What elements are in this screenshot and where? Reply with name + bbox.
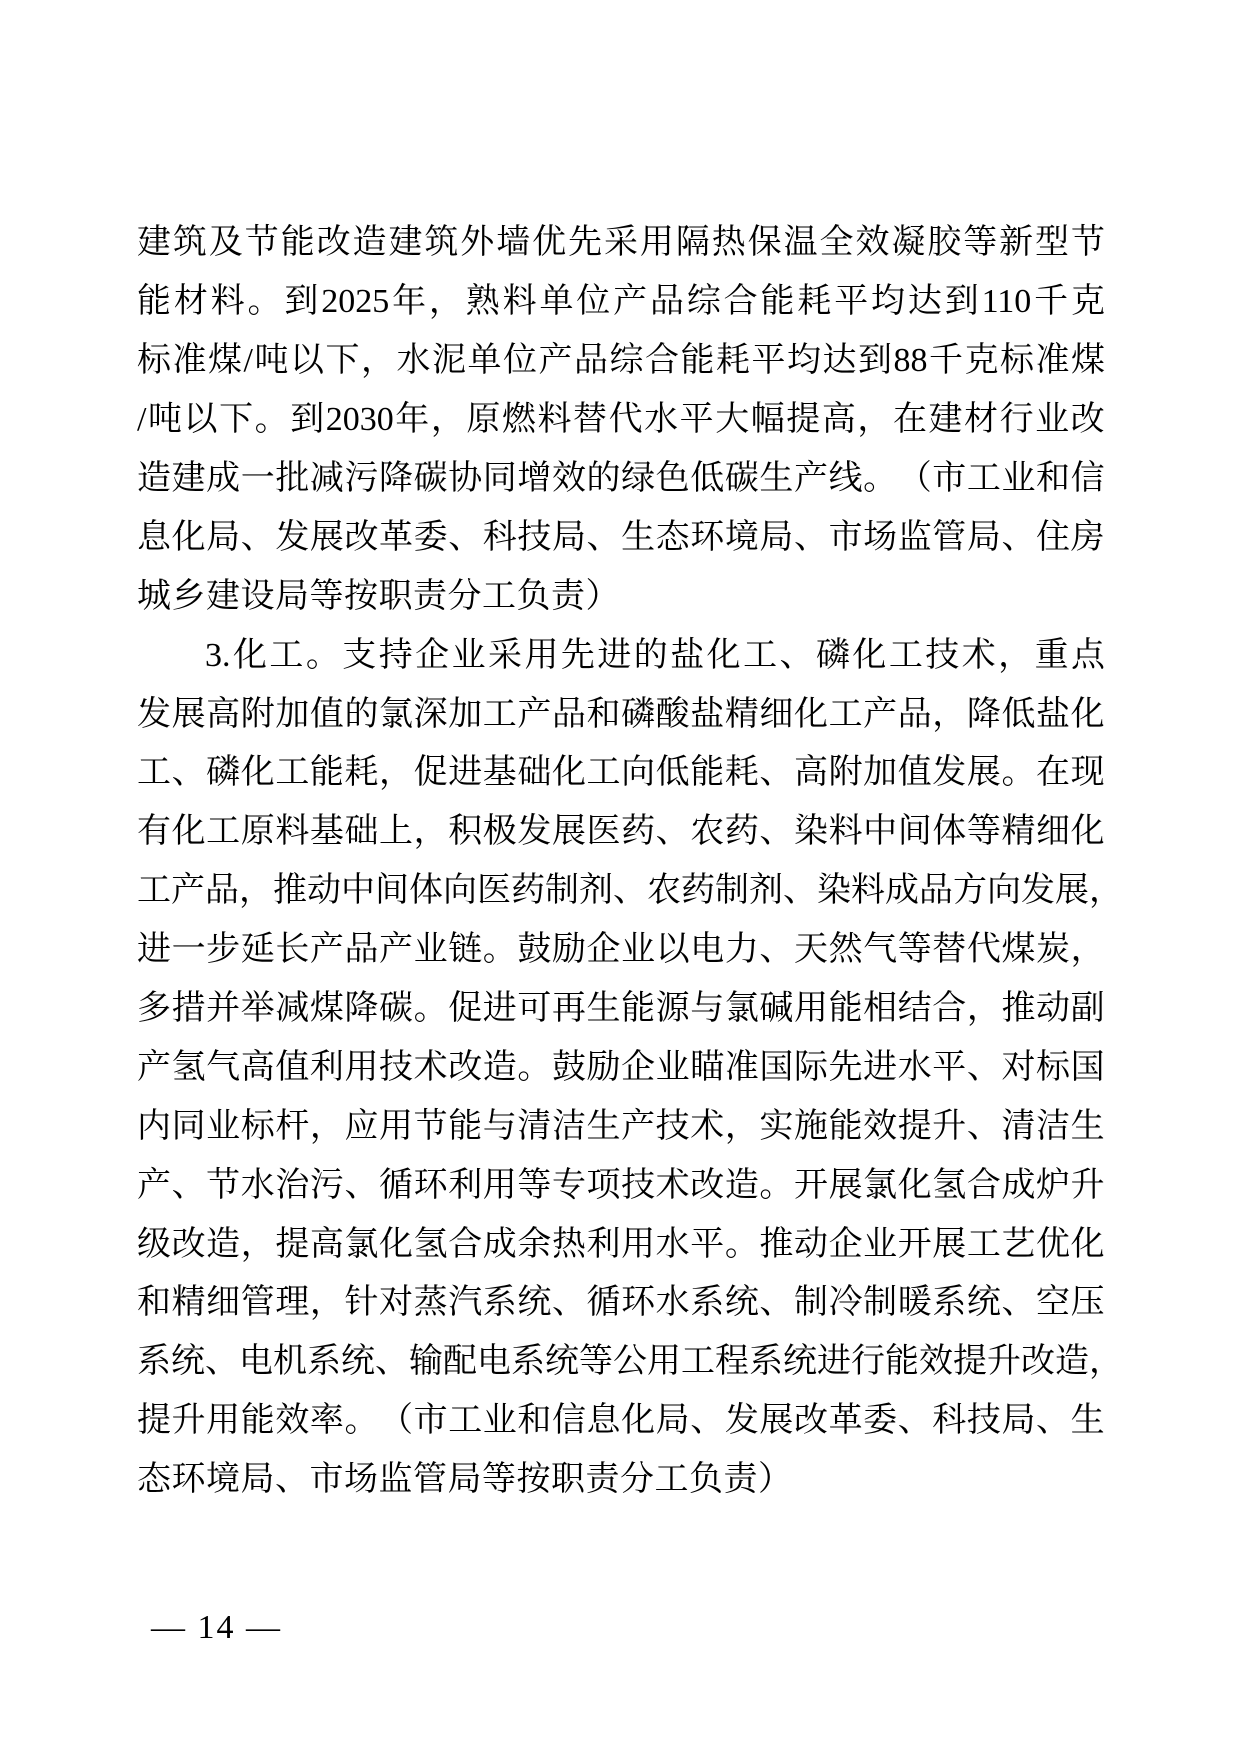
text-line: 产、节水治污、循环利用等专项技术改造。开展氯化氢合成炉升 xyxy=(137,1156,1105,1215)
text-token: 升 xyxy=(1071,1169,1105,1203)
text-token: 造 xyxy=(353,226,387,260)
text-token: 的 xyxy=(344,698,378,732)
text-token: 墙 xyxy=(496,226,530,260)
text-token: 深 xyxy=(414,698,448,732)
text-token: 步 xyxy=(206,933,240,967)
text-token: 进 xyxy=(483,992,517,1026)
text-token: 杆 xyxy=(275,1110,309,1144)
text-token: 值 xyxy=(310,698,344,732)
text-token: 药 xyxy=(511,874,545,908)
text-token: 鼓 xyxy=(517,933,551,967)
text-token: 工 xyxy=(482,580,516,614)
text-token: 按 xyxy=(517,1463,551,1497)
text-token: ， xyxy=(239,874,273,908)
text-token: 技 xyxy=(967,1404,1001,1438)
text-token: 农 xyxy=(647,874,681,908)
text-token: 染 xyxy=(817,874,851,908)
text-token: 电 xyxy=(239,1345,273,1379)
text-token: 煤 xyxy=(310,992,344,1026)
text-token: 药 xyxy=(725,815,759,849)
text-token: 氢 xyxy=(932,1169,966,1203)
text-token: 局 xyxy=(275,580,309,614)
text-token: 产 xyxy=(794,462,828,496)
text-token: 一 xyxy=(172,933,206,967)
text-token: 制 xyxy=(715,874,749,908)
text-token: 料 xyxy=(503,285,537,319)
text-token: 局 xyxy=(759,521,793,555)
text-token: 长 xyxy=(275,933,309,967)
text-token: 盐 xyxy=(690,698,724,732)
text-token: 市 xyxy=(829,521,863,555)
text-token: 监 xyxy=(379,1463,413,1497)
text-token: 础 xyxy=(344,815,378,849)
text-token: 化 xyxy=(379,1228,413,1262)
text-token: / xyxy=(244,344,253,378)
text-token: 节 xyxy=(414,1110,448,1144)
text-token: 配 xyxy=(443,1345,477,1379)
text-token: 、 xyxy=(794,521,828,555)
text-token: ， xyxy=(361,344,395,378)
text-token: 提 xyxy=(786,403,820,437)
text-token: 精 xyxy=(725,698,759,732)
text-token: 降 xyxy=(379,462,413,496)
text-token: 药 xyxy=(621,815,655,849)
text-token: 冷 xyxy=(829,1286,863,1320)
text-line: 息化局、发展改革委、科技局、生态环境局、市场监管局、住房 xyxy=(137,508,1105,567)
text-token: 系 xyxy=(137,1345,171,1379)
text-token: 一 xyxy=(241,462,275,496)
text-token: ， xyxy=(932,698,966,732)
text-token: 发 xyxy=(137,698,171,732)
text-token: 先 xyxy=(561,639,595,673)
text-token: ， xyxy=(725,1110,759,1144)
text-token: 、 xyxy=(656,815,690,849)
text-token: / xyxy=(137,403,146,437)
text-token: 工 xyxy=(206,815,240,849)
text-token: 材 xyxy=(964,403,998,437)
text-token: 等 xyxy=(310,580,344,614)
text-token: 降 xyxy=(967,698,1001,732)
text-token: 凝 xyxy=(891,226,925,260)
text-token: 到 xyxy=(945,285,979,319)
text-token: 。 xyxy=(1001,756,1035,790)
text-token: 开 xyxy=(898,1228,932,1262)
text-token: 化 xyxy=(898,1169,932,1203)
text-token: ， xyxy=(310,1110,344,1144)
document-page: 建筑及节能改造建筑外墙优先采用隔热保温全效凝胶等新型节能材料。到2025年，熟料… xyxy=(0,0,1241,1755)
text-token: 改 xyxy=(1021,1345,1055,1379)
text-token: 责 xyxy=(724,1463,758,1497)
text-token: 氢 xyxy=(172,1051,206,1085)
text-token: 能 xyxy=(761,285,795,319)
text-token: （ xyxy=(898,462,932,496)
text-token: 统 xyxy=(517,1286,551,1320)
text-token: 洁 xyxy=(552,1110,586,1144)
text-token: 料 xyxy=(275,815,309,849)
text-token: 生 xyxy=(759,462,793,496)
text-line: 造建成一批减污降碳协同增效的绿色低碳生产线。（市工业和信 xyxy=(137,450,1105,509)
text-token: 工 xyxy=(275,756,309,790)
text-token: 息 xyxy=(587,1404,621,1438)
text-token: 氯 xyxy=(379,698,413,732)
text-token: 。 xyxy=(483,933,517,967)
text-token: 均 xyxy=(787,344,821,378)
text-token: 成 xyxy=(1001,1169,1035,1203)
text-token: 千 xyxy=(1034,285,1068,319)
text-token: 管 xyxy=(932,521,966,555)
text-token: 能 xyxy=(680,344,714,378)
text-token: 化 xyxy=(172,521,206,555)
text-token: 气 xyxy=(206,1051,240,1085)
text-token: 2030 xyxy=(326,403,394,437)
text-token: 染 xyxy=(794,815,828,849)
text-token: 筑 xyxy=(173,226,207,260)
text-token: 、 xyxy=(1001,1286,1035,1320)
text-token: 局 xyxy=(206,521,240,555)
text-token: 环 xyxy=(414,1169,448,1203)
text-token: 能 xyxy=(281,226,315,260)
text-token: 专 xyxy=(552,1169,586,1203)
text-token: 合 xyxy=(724,285,758,319)
text-token: 鼓 xyxy=(552,1051,586,1085)
text-token: 有 xyxy=(137,815,171,849)
text-token: 值 xyxy=(898,756,932,790)
text-token: 委 xyxy=(414,521,448,555)
text-token: 原 xyxy=(241,815,275,849)
text-token: 2025 xyxy=(321,285,389,319)
text-token: 企 xyxy=(587,933,621,967)
text-token: 。 xyxy=(725,1228,759,1262)
text-token: 磷 xyxy=(816,639,850,673)
text-token: 高 xyxy=(206,698,240,732)
paragraph: 3.化工。支持企业采用先进的盐化工、磷化工技术，重点发展高附加值的氯深加工产品和… xyxy=(137,626,1105,1509)
text-token: 励 xyxy=(587,1051,621,1085)
text-token: 的 xyxy=(587,462,621,496)
text-token: 化 xyxy=(794,698,828,732)
text-token: 温 xyxy=(784,226,818,260)
text-token: 进 xyxy=(597,639,631,673)
body-text: 建筑及节能改造建筑外墙优先采用隔热保温全效凝胶等新型节能材料。到2025年，熟料… xyxy=(137,214,1105,1510)
text-token: 农 xyxy=(690,815,724,849)
text-token: 值 xyxy=(275,1051,309,1085)
text-token: 行 xyxy=(1000,403,1034,437)
text-token: 综 xyxy=(609,344,643,378)
text-token: 责 xyxy=(413,580,447,614)
text-token: 在 xyxy=(1036,756,1070,790)
text-token: 推 xyxy=(759,1228,793,1262)
text-token: 工 xyxy=(967,1228,1001,1262)
text-token: 用 xyxy=(621,1228,655,1262)
text-token: 局 xyxy=(967,521,1001,555)
text-token: 加 xyxy=(275,698,309,732)
text-token: 能 xyxy=(829,1110,863,1144)
text-token: 市 xyxy=(414,1404,448,1438)
text-token: 采 xyxy=(604,226,638,260)
text-token: 行 xyxy=(851,1345,885,1379)
text-line: 态环境局、市场监管局等按职责分工负责） xyxy=(137,1451,1105,1510)
text-token: 外 xyxy=(460,226,494,260)
text-token: 境 xyxy=(725,521,759,555)
text-token: 建 xyxy=(137,226,171,260)
text-token: 暖 xyxy=(898,1286,932,1320)
text-token: 推 xyxy=(1001,992,1035,1026)
text-token: 国 xyxy=(759,1051,793,1085)
text-token: 、 xyxy=(759,1286,793,1320)
text-token: 平 xyxy=(932,1051,966,1085)
text-token: 提 xyxy=(137,1404,171,1438)
text-token: 负 xyxy=(517,580,551,614)
text-token: 针 xyxy=(344,1286,378,1320)
text-token: 提 xyxy=(898,1110,932,1144)
text-token: 以 xyxy=(184,403,218,437)
text-token: 源 xyxy=(656,992,690,1026)
text-token: 污 xyxy=(344,462,378,496)
text-token: 和 xyxy=(137,1286,171,1320)
text-token: 清 xyxy=(517,1110,551,1144)
text-token: 标 xyxy=(137,344,171,378)
text-token: 链 xyxy=(448,933,482,967)
text-token: 水 xyxy=(898,1051,932,1085)
text-token: 效 xyxy=(855,226,889,260)
text-token: 达 xyxy=(908,285,942,319)
text-line: 提升用能效率。（市工业和信息化局、发展改革委、科技局、生 xyxy=(137,1392,1105,1451)
text-token: 现 xyxy=(1071,756,1105,790)
text-token: 点 xyxy=(1071,639,1105,673)
text-token: 吨 xyxy=(254,344,288,378)
text-token: 位 xyxy=(576,285,610,319)
text-token: 胶 xyxy=(927,226,961,260)
text-token: 产 xyxy=(137,1051,171,1085)
text-token: 气 xyxy=(863,933,897,967)
text-token: 化 xyxy=(621,1404,655,1438)
text-token: 、 xyxy=(552,1286,586,1320)
text-token: 展 xyxy=(310,521,344,555)
text-token: 环 xyxy=(690,521,724,555)
text-token: 碱 xyxy=(759,992,793,1026)
text-token: 污 xyxy=(310,1169,344,1203)
text-token: 高 xyxy=(822,403,856,437)
text-token: 重 xyxy=(1035,639,1069,673)
text-token: 优 xyxy=(532,226,566,260)
text-token: 术 xyxy=(414,1051,448,1085)
text-token: 标 xyxy=(241,1110,275,1144)
text-token: 耗 xyxy=(797,285,831,319)
text-line: 城乡建设局等按职责分工负责） xyxy=(137,567,1105,626)
text-token: 制 xyxy=(545,874,579,908)
text-token: ， xyxy=(310,1286,344,1320)
text-token: 展 xyxy=(172,698,206,732)
text-token: 汽 xyxy=(448,1286,482,1320)
text-token: 与 xyxy=(483,1110,517,1144)
text-token: 生 xyxy=(1071,1404,1105,1438)
text-token: 耗 xyxy=(716,344,750,378)
text-token: 标 xyxy=(1000,344,1034,378)
text-token: 可 xyxy=(517,992,551,1026)
text-token: 技 xyxy=(517,521,551,555)
text-token: 生 xyxy=(587,1110,621,1144)
text-token: 工 xyxy=(448,1404,482,1438)
text-token: 标 xyxy=(1036,1051,1070,1085)
text-token: 高 xyxy=(310,1228,344,1262)
text-token: 化 xyxy=(552,756,586,790)
text-token: ） xyxy=(586,580,620,614)
text-token: 用 xyxy=(524,639,558,673)
text-token: 城 xyxy=(137,580,171,614)
text-token: 改 xyxy=(794,1404,828,1438)
text-token: ， xyxy=(1071,933,1105,967)
text-token: 际 xyxy=(794,1051,828,1085)
text-token: 以 xyxy=(290,344,324,378)
text-token: ， xyxy=(1089,1345,1123,1379)
text-token: 医 xyxy=(477,874,511,908)
text-token: 隔 xyxy=(676,226,710,260)
text-token: 、 xyxy=(375,1345,409,1379)
text-token: 节 xyxy=(245,226,279,260)
text-token: 水 xyxy=(656,1286,690,1320)
text-token: 体 xyxy=(409,874,443,908)
paragraph: 建筑及节能改造建筑外墙优先采用隔热保温全效凝胶等新型节能材料。到2025年，熟料… xyxy=(137,214,1105,626)
text-token: 提 xyxy=(953,1345,987,1379)
text-token: 细 xyxy=(206,1286,240,1320)
text-token: ， xyxy=(967,992,1001,1026)
text-token: 技 xyxy=(379,1051,413,1085)
text-token: 产 xyxy=(613,285,647,319)
text-token: 线 xyxy=(829,462,863,496)
text-token: 业 xyxy=(863,1228,897,1262)
text-token: 产 xyxy=(517,698,551,732)
text-token: 的 xyxy=(634,639,668,673)
text-token: 发 xyxy=(932,756,966,790)
text-token: 到 xyxy=(858,344,892,378)
text-line: 有化工原料基础上，积极发展医药、农药、染料中间体等精细化 xyxy=(137,803,1105,862)
text-token: 市 xyxy=(932,462,966,496)
text-token: 位 xyxy=(503,344,537,378)
text-token: 单 xyxy=(467,344,501,378)
text-token: 到 xyxy=(284,285,318,319)
text-token: 等 xyxy=(898,933,932,967)
text-token: 程 xyxy=(715,1345,749,1379)
text-token: 准 xyxy=(725,1051,759,1085)
text-token: 同 xyxy=(172,1110,206,1144)
text-token: 用 xyxy=(379,1110,413,1144)
text-token: 盐 xyxy=(670,639,704,673)
text-token: 工 xyxy=(743,639,777,673)
text-token: 产 xyxy=(310,933,344,967)
text-token: 碳 xyxy=(725,462,759,496)
text-token: 基 xyxy=(310,815,344,849)
text-token: 泥 xyxy=(432,344,466,378)
text-token: 化 xyxy=(707,639,741,673)
text-token: 按 xyxy=(344,580,378,614)
text-token: 准 xyxy=(173,344,207,378)
text-token: 统 xyxy=(783,1345,817,1379)
text-token: 环 xyxy=(172,1463,206,1497)
text-token: ） xyxy=(758,1463,792,1497)
text-token: 工 xyxy=(967,462,1001,496)
text-token: 煤 xyxy=(208,344,242,378)
text-token: 热 xyxy=(552,1228,586,1262)
text-token: 责 xyxy=(551,580,585,614)
text-token: 企 xyxy=(621,1051,655,1085)
text-token: 保 xyxy=(748,226,782,260)
text-token: 措 xyxy=(172,992,206,1026)
text-token: 项 xyxy=(587,1169,621,1203)
text-token: 统 xyxy=(545,1345,579,1379)
text-token: 燃 xyxy=(502,403,536,437)
text-token: 等 xyxy=(963,226,997,260)
text-token: 系 xyxy=(932,1286,966,1320)
text-token: 结 xyxy=(898,992,932,1026)
text-token: 促 xyxy=(448,992,482,1026)
text-token: 造 xyxy=(206,1228,240,1262)
text-token: 先 xyxy=(829,1051,863,1085)
text-token: 系 xyxy=(690,1286,724,1320)
text-token: 多 xyxy=(137,992,171,1026)
text-token: 化 xyxy=(233,639,267,673)
text-token: 加 xyxy=(863,756,897,790)
text-token: 然 xyxy=(829,933,863,967)
text-token: 平 xyxy=(680,403,714,437)
text-token: 降 xyxy=(344,992,378,1026)
text-token: 清 xyxy=(1001,1110,1035,1144)
text-token: 节 xyxy=(1071,226,1105,260)
text-token: 信 xyxy=(552,1404,586,1438)
text-token: 术 xyxy=(962,639,996,673)
text-token: 积 xyxy=(448,815,482,849)
text-token: 并 xyxy=(206,992,240,1026)
text-token: 动 xyxy=(794,1228,828,1262)
text-token: 效 xyxy=(919,1345,953,1379)
text-token: 发 xyxy=(275,521,309,555)
text-token: 工 xyxy=(681,1345,715,1379)
text-token: 电 xyxy=(690,933,724,967)
text-token: ， xyxy=(379,756,413,790)
text-token: 高 xyxy=(241,1051,275,1085)
text-token: 建 xyxy=(172,462,206,496)
text-token: 统 xyxy=(171,1345,205,1379)
text-token: 大 xyxy=(715,403,749,437)
text-token: 发 xyxy=(517,815,551,849)
text-token: 应 xyxy=(344,1110,378,1144)
text-token: 生 xyxy=(621,521,655,555)
text-token: 术 xyxy=(656,1169,690,1203)
text-token: 力 xyxy=(725,933,759,967)
text-token: 场 xyxy=(344,1463,378,1497)
text-token: 艺 xyxy=(1001,1228,1035,1262)
text-line: 和精细管理，针对蒸汽系统、循环水系统、制冷制暖系统、空压 xyxy=(137,1274,1105,1333)
text-token: 和 xyxy=(1036,462,1070,496)
text-token: 业 xyxy=(656,1051,690,1085)
text-token: 改 xyxy=(344,521,378,555)
text-token: 工 xyxy=(137,874,171,908)
text-token: 进 xyxy=(137,933,171,967)
text-token: 用 xyxy=(794,992,828,1026)
text-token: 水 xyxy=(241,1169,275,1203)
text-token: 克 xyxy=(1071,285,1105,319)
text-token: 。 xyxy=(344,1404,378,1438)
text-token: 对 xyxy=(379,1286,413,1320)
text-token: 利 xyxy=(310,1051,344,1085)
text-token: 态 xyxy=(137,1463,171,1497)
text-token: （ xyxy=(379,1404,413,1438)
text-token: 国 xyxy=(1071,1051,1105,1085)
text-token: 同 xyxy=(483,462,517,496)
text-token: 、 xyxy=(241,521,275,555)
text-token: 化 xyxy=(1071,1228,1105,1262)
text-token: 产 xyxy=(538,344,572,378)
text-token: 职 xyxy=(379,580,413,614)
text-token: 化 xyxy=(852,639,886,673)
